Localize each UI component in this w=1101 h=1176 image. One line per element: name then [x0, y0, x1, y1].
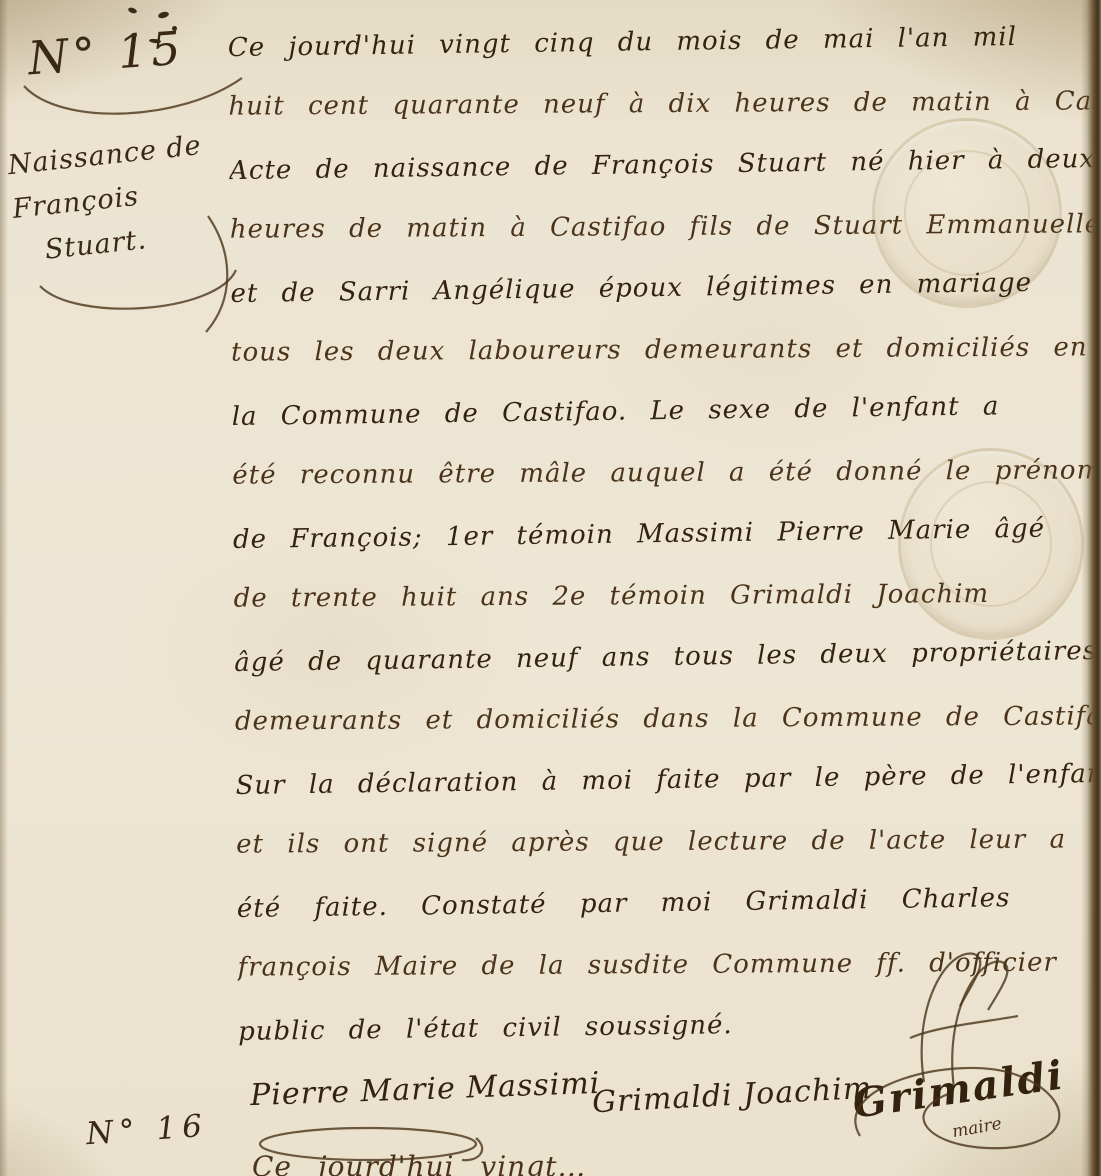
act-line: Ce jourd'hui vingt cinq du mois de mai l…	[227, 6, 1094, 80]
signature-mayor-flourish	[836, 1052, 1086, 1167]
ink-speck	[127, 7, 137, 15]
act-line: Sur la déclaration à moi faite par le pè…	[235, 744, 1101, 818]
act-line: la Commune de Castifao. Le sexe de l'enf…	[231, 375, 1098, 449]
act-line: âgé de quarante neuf ans tous les deux p…	[234, 621, 1101, 695]
act-line: de François; 1er témoin Massimi Pierre M…	[233, 498, 1100, 572]
act-line: été faite. Constaté par moi Grimaldi Cha…	[236, 867, 1101, 941]
signature-witness-massimi: Pierre Marie Massimi	[249, 1066, 600, 1113]
page-left-edge	[0, 0, 8, 1176]
page-right-edge	[1081, 0, 1101, 1176]
act-line: tous les deux laboureurs demeurants et d…	[231, 317, 1097, 384]
act-line: de trente huit ans 2e témoin Grimaldi Jo…	[233, 563, 1099, 630]
act-line: huit cent quarante neuf à dix heures de …	[228, 71, 1094, 138]
act-body: Ce jourd'hui vingt cinq du mois de mai l…	[228, 7, 1101, 1062]
act-line: heures de matin à Castifao fils de Stuar…	[230, 194, 1096, 261]
signature-witness-grimaldi-joachim: Grimaldi Joachim	[591, 1071, 873, 1121]
ink-speck	[157, 11, 169, 20]
act-line: Acte de naissance de François Stuart né …	[229, 129, 1096, 203]
next-act-partial-line: Ce jourd'hui vingt…	[252, 1150, 586, 1176]
act-line: été reconnu être mâle auquel a été donné…	[232, 440, 1098, 507]
registry-page: N° 15 Naissance de François Stuart. N° 1…	[0, 0, 1101, 1176]
next-act-number: N° 16	[85, 1108, 209, 1152]
act-line: et de Sarri Angélique époux légitimes en…	[230, 252, 1097, 326]
act-line: demeurants et domiciliés dans la Commune…	[235, 686, 1101, 753]
act-line: et ils ont signé après que lecture de l'…	[236, 809, 1101, 876]
